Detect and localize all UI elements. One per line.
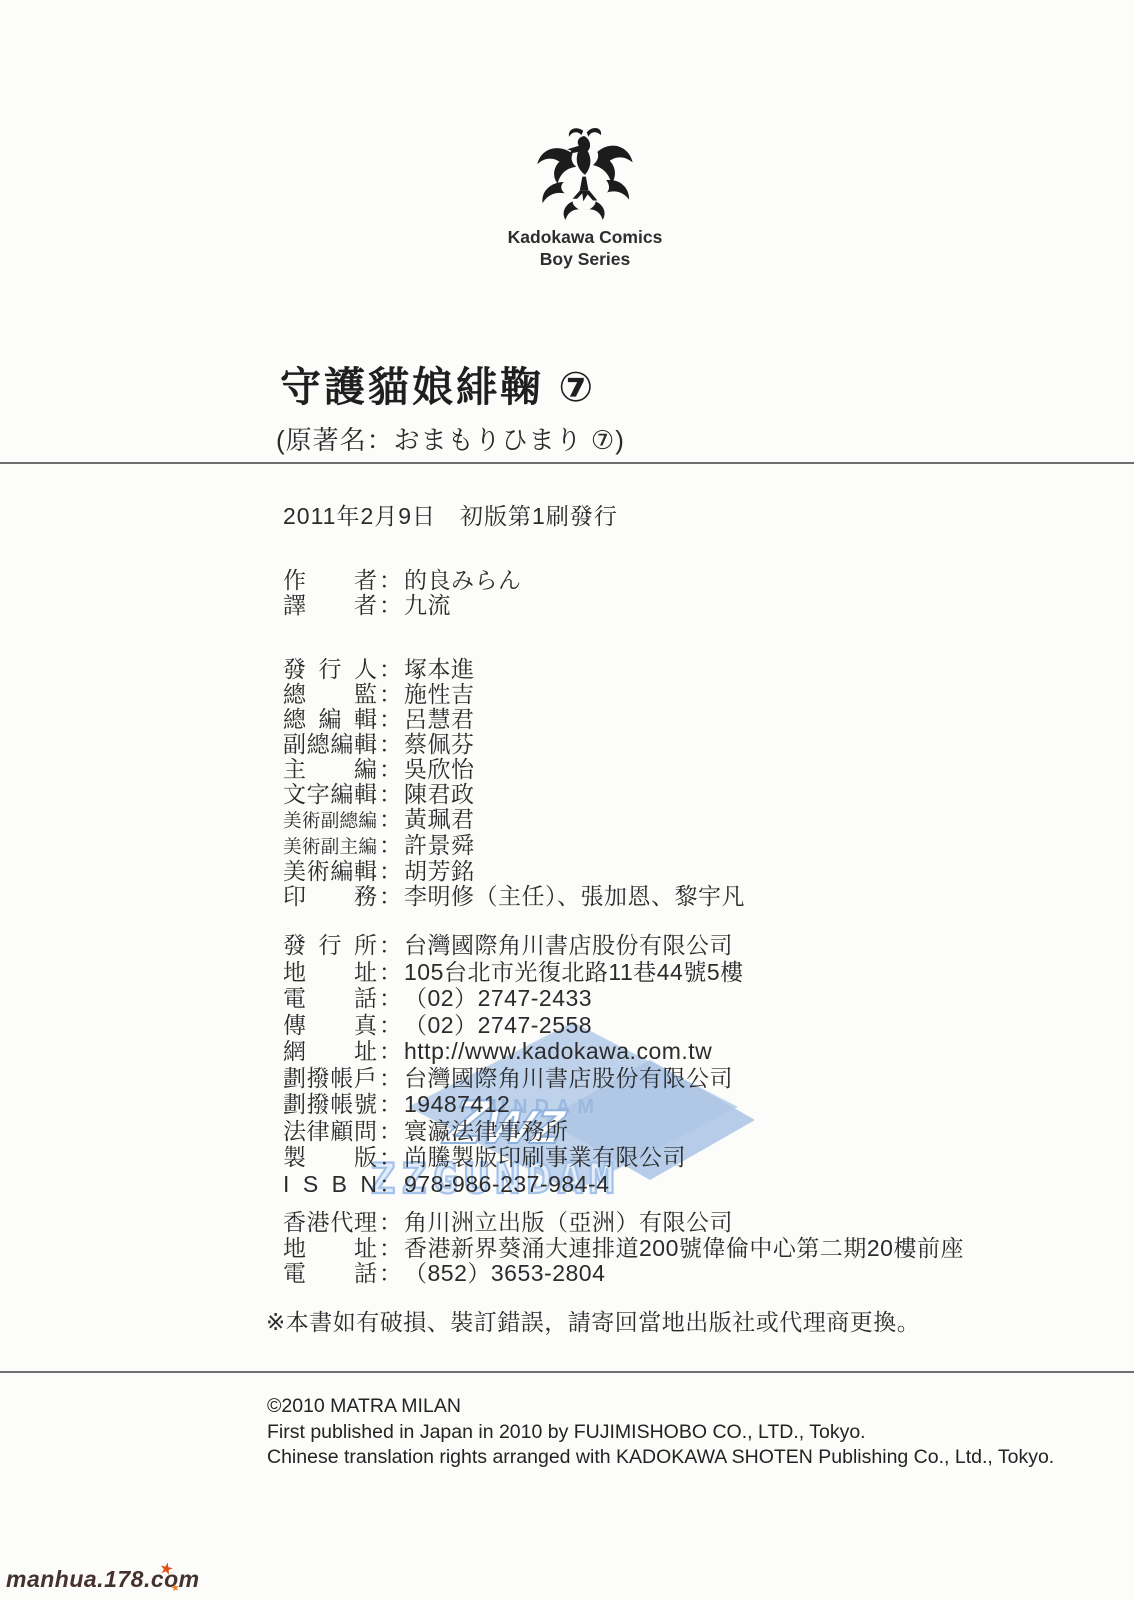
colon-separator: ：: [377, 657, 404, 682]
publisher-mark: Kadokawa Comics Boy Series: [435, 124, 735, 270]
credit-value: 許景舜: [404, 832, 475, 858]
credit-label: 總編輯: [283, 707, 377, 732]
credit-row: 美術副主編：許景舜: [283, 833, 745, 859]
colon-separator: ：: [377, 807, 404, 832]
title-block: 守護貓娘緋鞠 ⑦ (原著名：おまもりひまり ⑦): [280, 354, 625, 457]
credit-value: 蔡佩芬: [404, 731, 475, 757]
colon-separator: ：: [377, 1091, 404, 1118]
credit-value: 寰瀛法律事務所: [404, 1118, 569, 1144]
phoenix-emblem-icon: [435, 124, 735, 224]
colon-separator: ：: [377, 1236, 404, 1262]
publisher-credits: 發行所：台灣國際角川書店股份有限公司 地址：105台北市光復北路11巷44號5樓…: [283, 932, 744, 1197]
credit-value: 978-986-237-984-4: [404, 1171, 609, 1197]
credit-value: 呂慧君: [404, 706, 475, 732]
credit-label: 香港代理: [283, 1210, 377, 1236]
credit-row: 發行人：塚本進: [283, 657, 745, 682]
colon-separator: ：: [377, 959, 404, 986]
credit-label: 電話: [283, 1261, 377, 1287]
credit-label: 印務: [283, 884, 377, 909]
credit-row: 總監：施性吉: [283, 682, 745, 707]
credit-label: 網址: [283, 1038, 377, 1065]
credit-row: 製版：尚騰製版印刷事業有限公司: [283, 1144, 744, 1171]
credit-row: 網址：http://www.kadokawa.com.tw: [283, 1038, 744, 1065]
credit-label: 文字編輯: [283, 782, 377, 807]
credit-value: 吳欣怡: [404, 756, 475, 782]
credit-label: 譯者: [283, 593, 377, 618]
book-title: 守護貓娘緋鞠 ⑦: [280, 354, 625, 413]
credit-row: 文字編輯：陳君政: [283, 782, 745, 807]
colon-separator: ：: [377, 782, 404, 807]
credit-row: 副總編輯：蔡佩芬: [283, 732, 745, 757]
colon-separator: ：: [377, 833, 404, 858]
credit-row: 地址：105台北市光復北路11巷44號5樓: [283, 959, 744, 986]
credit-row: 香港代理：角川洲立出版（亞洲）有限公司: [283, 1210, 964, 1236]
credit-row: 美術編輯：胡芳銘: [283, 859, 745, 884]
credit-row: 地址：香港新界葵涌大連排道200號偉倫中心第二期20樓前座: [283, 1236, 964, 1262]
credit-row: 電話：（852）3653-2804: [283, 1261, 964, 1287]
colon-separator: ：: [377, 985, 404, 1012]
credit-value: 塚本進: [404, 656, 475, 682]
colon-separator: ：: [377, 1210, 404, 1236]
credit-row: 主編：吳欣怡: [283, 757, 745, 782]
colon-separator: ：: [377, 1144, 404, 1171]
divider-bottom: [0, 1371, 1134, 1373]
credit-value: 尚騰製版印刷事業有限公司: [404, 1144, 686, 1170]
credit-row: 傳真：（02）2747-2558: [283, 1012, 744, 1039]
credit-label: 地址: [283, 959, 377, 986]
credit-value: 香港新界葵涌大連排道200號偉倫中心第二期20樓前座: [404, 1235, 964, 1261]
credit-value: （02）2747-2558: [404, 1012, 592, 1038]
credit-row: I S B N：978-986-237-984-4: [283, 1171, 744, 1198]
credit-label: 傳真: [283, 1012, 377, 1039]
credit-row: 發行所：台灣國際角川書店股份有限公司: [283, 932, 744, 959]
credit-label: 美術副總編: [283, 808, 377, 833]
credit-row: 作者：的良みらん: [283, 568, 522, 593]
colon-separator: ：: [377, 1261, 404, 1287]
credit-value: http://www.kadokawa.com.tw: [404, 1038, 712, 1064]
colon-separator: ：: [377, 1012, 404, 1039]
hk-agent-credits: 香港代理：角川洲立出版（亞洲）有限公司 地址：香港新界葵涌大連排道200號偉倫中…: [283, 1210, 964, 1287]
credit-value: 黃珮君: [404, 806, 475, 832]
credit-row: 譯者：九流: [283, 593, 522, 618]
original-title: (原著名：おまもりひまり ⑦): [276, 420, 625, 457]
credit-label: 總監: [283, 682, 377, 707]
credit-label: 法律顧問: [283, 1118, 377, 1145]
credit-label: 主編: [283, 757, 377, 782]
colon-separator: ：: [377, 1065, 404, 1092]
credit-row: 美術副總編：黃珮君: [283, 807, 745, 833]
credit-label: 製版: [283, 1144, 377, 1171]
credit-row: 電話：（02）2747-2433: [283, 985, 744, 1012]
credit-label: 電話: [283, 985, 377, 1012]
credit-value: 的良みらん: [404, 567, 522, 593]
divider-top: [0, 462, 1134, 464]
credit-label: 劃撥帳號: [283, 1091, 377, 1118]
copyright-line: Chinese translation rights arranged with…: [267, 1445, 1054, 1471]
credit-row: 劃撥帳戶：台灣國際角川書店股份有限公司: [283, 1065, 744, 1092]
colon-separator: ：: [377, 859, 404, 884]
credit-value: （852）3653-2804: [404, 1260, 605, 1286]
credit-label: 發行人: [283, 657, 377, 682]
colon-separator: ：: [377, 1118, 404, 1145]
credit-row: 總編輯：呂慧君: [283, 707, 745, 732]
credit-row: 印務：李明修（主任）、張加恩、黎宇凡: [283, 884, 745, 909]
credit-label: 發行所: [283, 932, 377, 959]
colon-separator: ：: [377, 568, 404, 593]
colon-separator: ：: [377, 707, 404, 732]
credit-value: 施性吉: [404, 681, 475, 707]
colon-separator: ：: [377, 732, 404, 757]
credit-value: 105台北市光復北路11巷44號5樓: [404, 959, 744, 985]
colon-separator: ：: [377, 682, 404, 707]
staff-credits: 發行人：塚本進 總監：施性吉 總編輯：呂慧君 副總編輯：蔡佩芬 主編：吳欣怡 文…: [283, 657, 745, 909]
colon-separator: ：: [377, 593, 404, 618]
credit-label: 美術編輯: [283, 859, 377, 884]
author-credits: 作者：的良みらん 譯者：九流: [283, 568, 522, 618]
credit-value: 台灣國際角川書店股份有限公司: [404, 1065, 733, 1091]
credit-value: （02）2747-2433: [404, 985, 592, 1011]
copyright-block: ©2010 MATRA MILAN First published in Jap…: [267, 1394, 1054, 1471]
credit-value: 九流: [404, 592, 451, 618]
credit-row: 法律顧問：寰瀛法律事務所: [283, 1118, 744, 1145]
credit-value: 陳君政: [404, 781, 475, 807]
colon-separator: ：: [377, 1038, 404, 1065]
credit-label: 劃撥帳戶: [283, 1065, 377, 1092]
colon-separator: ：: [377, 1171, 404, 1198]
credit-value: 李明修（主任）、張加恩、黎宇凡: [404, 883, 745, 909]
star-icon: ★: [170, 1583, 181, 1594]
credit-label: I S B N: [283, 1171, 377, 1198]
edition-date: 2011年2月9日 初版第1刷發行: [283, 498, 618, 531]
copyright-line: ©2010 MATRA MILAN: [267, 1394, 1054, 1420]
colon-separator: ：: [377, 884, 404, 909]
colophon-page: GUNDAM Zwz ZZGUNDAM: [0, 0, 1134, 1600]
colon-separator: ：: [377, 932, 404, 959]
damage-replacement-notice: ※本書如有破損、裝訂錯誤，請寄回當地出版社或代理商更換。: [266, 1304, 920, 1337]
copyright-line: First published in Japan in 2010 by FUJI…: [267, 1420, 1054, 1446]
credit-value: 胡芳銘: [404, 858, 475, 884]
credit-value: 角川洲立出版（亞洲）有限公司: [404, 1209, 733, 1235]
series-name-line1: Kadokawa Comics: [435, 226, 735, 248]
credit-label: 地址: [283, 1236, 377, 1262]
credit-row: 劃撥帳號：19487412: [283, 1091, 744, 1118]
credit-label: 副總編輯: [283, 732, 377, 757]
series-name-line2: Boy Series: [435, 248, 735, 270]
credit-label: 作者: [283, 568, 377, 593]
credit-label: 美術副主編: [283, 834, 377, 859]
credit-value: 19487412: [404, 1091, 510, 1117]
credit-value: 台灣國際角川書店股份有限公司: [404, 932, 733, 958]
colon-separator: ：: [377, 757, 404, 782]
